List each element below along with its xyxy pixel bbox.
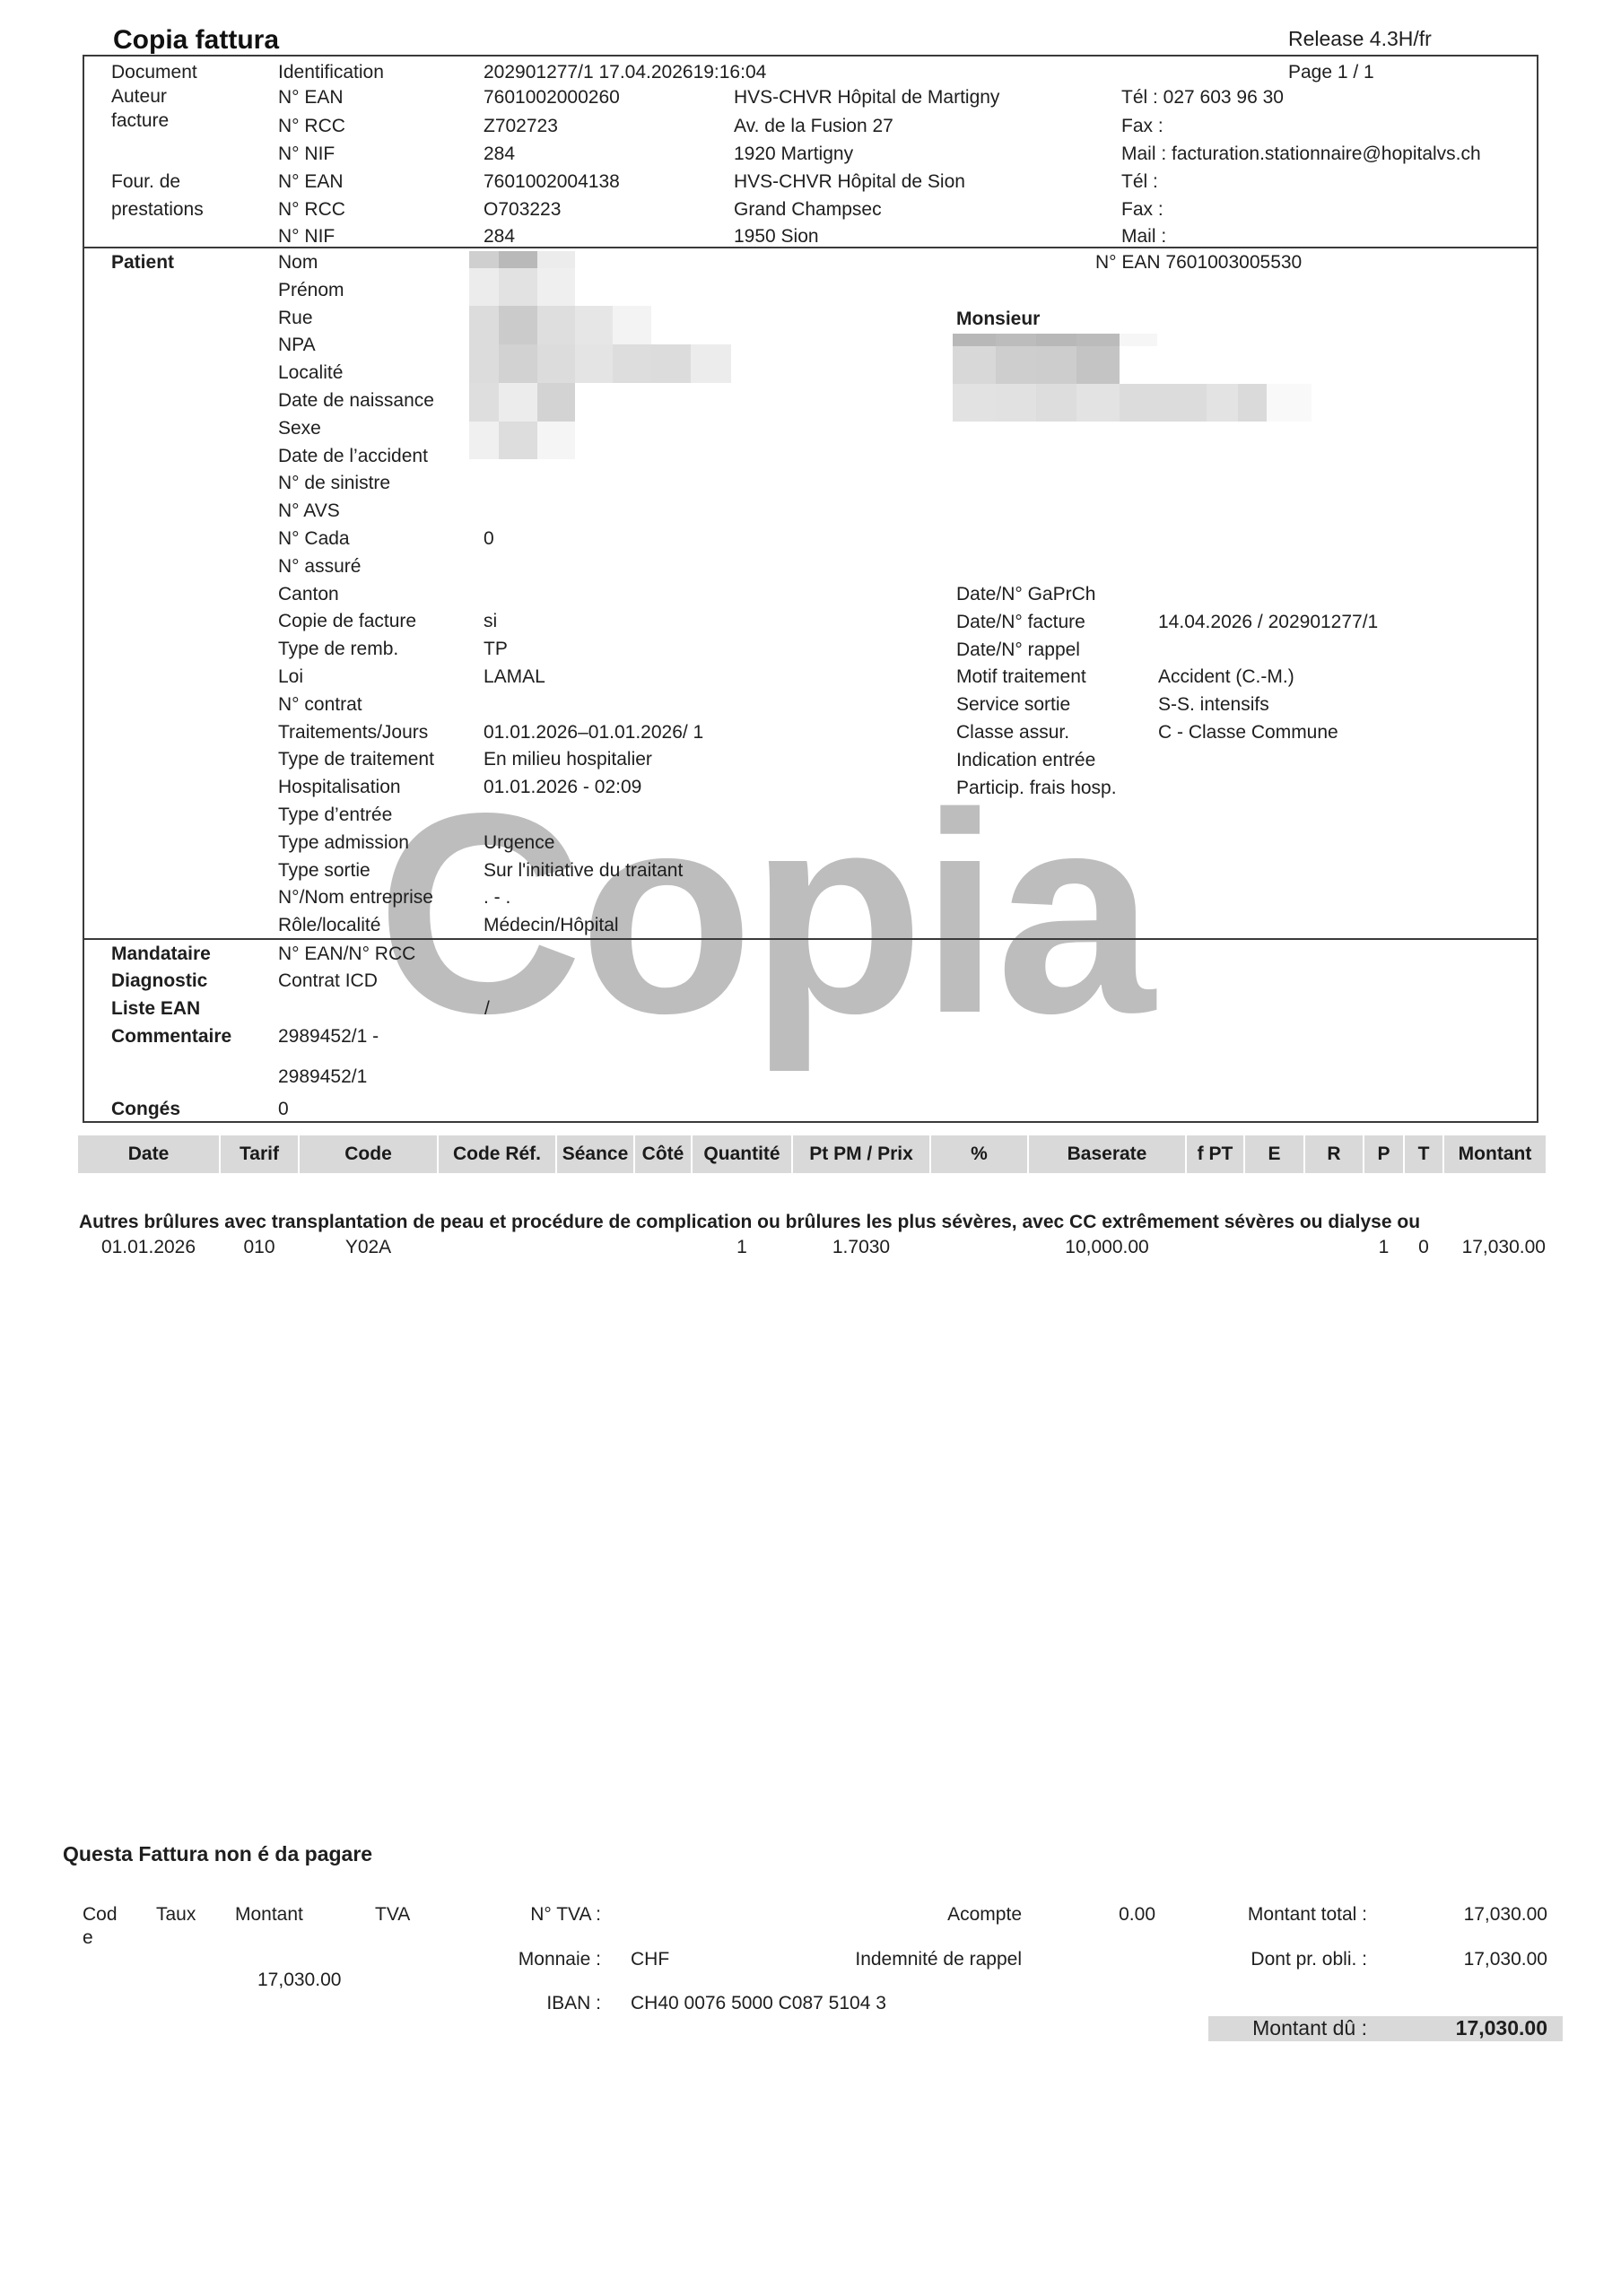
redaction-cell	[469, 268, 499, 306]
rappel-label: Indemnité de rappel	[855, 1950, 1022, 1969]
redaction-cell	[469, 251, 499, 268]
page-number: Page 1 / 1	[1288, 63, 1374, 82]
redaction-cell	[1076, 334, 1120, 346]
total-label: Montant total :	[1248, 1905, 1367, 1924]
redaction-cell	[1036, 384, 1076, 422]
redaction-cell	[537, 383, 575, 422]
iban-value: CH40 0076 5000 C087 5104 3	[631, 1994, 886, 2013]
patient-field-label: Type de traitement	[278, 750, 434, 769]
redaction-cell	[469, 344, 499, 383]
field-value: 7601002000260	[484, 88, 620, 107]
redaction-cell	[1207, 384, 1238, 422]
mandataire-key: Contrat ICD	[278, 971, 378, 990]
redaction-cell	[1238, 384, 1267, 422]
redaction-cell	[1036, 346, 1076, 384]
document-section-label: Document	[111, 63, 197, 82]
patient-right-label: Indication entrée	[956, 751, 1095, 770]
iban-label: IBAN :	[546, 1994, 601, 2013]
patient-field-value: TP	[484, 639, 508, 658]
redaction-cell	[953, 346, 996, 384]
column-header: R	[1305, 1135, 1363, 1173]
patient-right-label: Date/N° facture	[956, 613, 1085, 631]
contact-line: Fax :	[1121, 200, 1163, 219]
column-header: Pt PM / Prix	[793, 1135, 929, 1173]
vat-col-amount: Montant	[235, 1905, 303, 1924]
redaction-cell	[953, 334, 996, 346]
redaction-cell	[1157, 384, 1207, 422]
redaction-cell	[499, 251, 537, 268]
address-line: 1950 Sion	[734, 227, 819, 246]
identification-label: Identification	[278, 63, 384, 82]
patient-right-label: Motif traitement	[956, 667, 1086, 686]
redaction-cell	[1076, 384, 1120, 422]
redaction-cell	[537, 422, 575, 459]
patient-right-label: Particip. frais hosp.	[956, 778, 1117, 797]
patient-field-label: Type sortie	[278, 861, 370, 880]
page-title: Copia fattura	[113, 27, 279, 54]
column-header: Côté	[635, 1135, 691, 1173]
address-line: HVS-CHVR Hôpital de Sion	[734, 172, 965, 191]
redaction-cell	[1120, 384, 1157, 422]
vat-col-code: Cod	[83, 1905, 118, 1924]
column-header: f PT	[1187, 1135, 1243, 1173]
redaction-cell	[613, 306, 651, 344]
divider-patient-mandataire	[83, 938, 1538, 940]
total-value: 17,030.00	[1464, 1905, 1547, 1924]
redaction-cell	[953, 384, 996, 422]
tva-number-label: N° TVA :	[530, 1905, 601, 1924]
acompte-label: Acompte	[947, 1905, 1022, 1924]
redaction-cell	[996, 346, 1036, 384]
redaction-cell	[537, 251, 575, 268]
patient-field-value: 0	[484, 529, 494, 548]
cell-montant: 17,030.00	[1462, 1238, 1546, 1257]
mandataire-value: /	[484, 999, 490, 1018]
contact-line: Mail :	[1121, 227, 1166, 246]
field-label: N° EAN	[278, 172, 344, 191]
field-label: N° NIF	[278, 144, 335, 163]
auteur-label-1: Auteur	[111, 87, 167, 106]
not-payable-notice: Questa Fattura non é da pagare	[63, 1844, 372, 1865]
patient-section-label: Patient	[111, 253, 174, 272]
redaction-cell	[537, 306, 575, 344]
patient-right-value: 14.04.2026 / 202901277/1	[1158, 613, 1378, 631]
column-header: Quantité	[693, 1135, 791, 1173]
patient-field-label: Nom	[278, 253, 318, 272]
contact-line: Tél : 027 603 96 30	[1121, 88, 1284, 107]
divider-provider-patient	[83, 247, 1538, 248]
field-label: N° NIF	[278, 227, 335, 246]
redaction-cell	[469, 306, 499, 344]
cell-pt-prix: 1.7030	[793, 1238, 929, 1257]
mandataire-label: Liste EAN	[111, 999, 200, 1018]
patient-field-label: Date de naissance	[278, 391, 434, 410]
field-value: 284	[484, 227, 515, 246]
column-header: %	[931, 1135, 1027, 1173]
column-header: Baserate	[1029, 1135, 1185, 1173]
vat-amount-value: 17,030.00	[257, 1970, 341, 1989]
oblig-value: 17,030.00	[1464, 1950, 1547, 1969]
patient-right-value: C - Classe Commune	[1158, 723, 1338, 742]
conges-value: 0	[278, 1100, 289, 1118]
redaction-cell	[537, 344, 575, 383]
redaction-cell	[499, 306, 537, 344]
patient-field-label: Copie de facture	[278, 612, 416, 631]
column-header: Tarif	[221, 1135, 298, 1173]
column-header: Code Réf.	[439, 1135, 555, 1173]
redaction-cell	[691, 344, 731, 383]
column-header: Séance	[557, 1135, 633, 1173]
contact-line: Fax :	[1121, 117, 1163, 135]
mandataire-label: Diagnostic	[111, 971, 207, 990]
redaction-cell	[575, 344, 613, 383]
mandataire-label: Commentaire	[111, 1027, 231, 1046]
column-header: P	[1364, 1135, 1403, 1173]
patient-field-label: N° Cada	[278, 529, 350, 548]
field-value: O703223	[484, 200, 561, 219]
comment-line-2: 2989452/1	[278, 1067, 367, 1086]
conges-label: Congés	[111, 1100, 180, 1118]
patient-field-label: Rôle/localité	[278, 916, 380, 935]
patient-field-value: . - .	[484, 888, 510, 907]
fournisseur-label-2: prestations	[111, 200, 204, 219]
cell-baserate: 10,000.00	[1029, 1238, 1185, 1257]
vat-col-code-wrap: e	[83, 1928, 93, 1947]
address-line: Grand Champsec	[734, 200, 882, 219]
redaction-cell	[469, 422, 499, 459]
field-value: 7601002004138	[484, 172, 620, 191]
patient-field-label: N° de sinistre	[278, 474, 390, 492]
column-header: Montant	[1444, 1135, 1546, 1173]
patient-salutation: Monsieur	[956, 309, 1040, 328]
contact-line: Mail : facturation.stationnaire@hopitalv…	[1121, 144, 1481, 163]
patient-right-label: Classe assur.	[956, 723, 1069, 742]
patient-right-value: Accident (C.-M.)	[1158, 667, 1294, 686]
currency-value: CHF	[631, 1950, 669, 1969]
patient-right-label: Date/N° rappel	[956, 640, 1080, 659]
patient-field-value: si	[484, 612, 497, 631]
auteur-label-2: facture	[111, 111, 169, 130]
column-header: Code	[300, 1135, 437, 1173]
redaction-cell	[996, 384, 1036, 422]
redaction-cell	[1036, 334, 1076, 346]
patient-field-label: Type d’entrée	[278, 805, 392, 824]
patient-field-label: Hospitalisation	[278, 778, 401, 796]
mandataire-label: Mandataire	[111, 944, 211, 963]
redaction-cell	[499, 422, 537, 459]
redaction-cell	[1076, 346, 1120, 384]
fournisseur-label-1: Four. de	[111, 172, 180, 191]
column-header: T	[1405, 1135, 1442, 1173]
patient-field-label: Date de l’accident	[278, 447, 428, 465]
column-header: E	[1245, 1135, 1303, 1173]
oblig-label: Dont pr. obli. :	[1251, 1950, 1367, 1969]
release-label: Release 4.3H/fr	[1288, 29, 1432, 49]
patient-field-label: Prénom	[278, 281, 344, 300]
redaction-cell	[499, 344, 537, 383]
redaction-cell	[651, 344, 691, 383]
patient-field-label: N°/Nom entreprise	[278, 888, 433, 907]
patient-field-value: LAMAL	[484, 667, 545, 686]
redaction-cell	[996, 334, 1036, 346]
patient-field-label: N° assuré	[278, 557, 361, 576]
field-label: N° RCC	[278, 117, 345, 135]
identification-value: 202901277/1 17.04.202619:16:04	[484, 63, 766, 82]
field-value: Z702723	[484, 117, 558, 135]
redaction-cell	[499, 268, 537, 306]
redaction-cell	[469, 383, 499, 422]
address-line: 1920 Martigny	[734, 144, 853, 163]
redaction-cell	[537, 268, 575, 306]
cell-date: 01.01.2026	[78, 1238, 219, 1257]
patient-field-label: Localité	[278, 363, 343, 382]
field-label: N° RCC	[278, 200, 345, 219]
amount-due-value: 17,030.00	[1456, 2018, 1547, 2039]
patient-field-label: N° AVS	[278, 501, 340, 520]
patient-field-value: 01.01.2026–01.01.2026/ 1	[484, 723, 703, 742]
field-label: N° EAN	[278, 88, 344, 107]
patient-field-label: Canton	[278, 585, 339, 604]
mandataire-key: N° EAN/N° RCC	[278, 944, 415, 963]
patient-field-label: Traitements/Jours	[278, 723, 428, 742]
service-description: Autres brûlures avec transplantation de …	[79, 1213, 1420, 1231]
column-header: Date	[78, 1135, 219, 1173]
patient-field-value: Urgence	[484, 833, 554, 852]
redaction-cell	[1267, 384, 1312, 422]
patient-right-label: Date/N° GaPrCh	[956, 585, 1095, 604]
patient-field-value: Sur l'initiative du traitant	[484, 861, 683, 880]
patient-field-value: 01.01.2026 - 02:09	[484, 778, 641, 796]
vat-col-tva: TVA	[375, 1905, 410, 1924]
redaction-cell	[613, 344, 651, 383]
patient-field-label: Sexe	[278, 419, 321, 438]
contact-line: Tél :	[1121, 172, 1158, 191]
redaction-cell	[1120, 334, 1157, 346]
mandataire-key: 2989452/1 -	[278, 1027, 379, 1046]
vat-col-rate: Taux	[156, 1905, 196, 1924]
amount-due-label: Montant dû :	[1252, 2018, 1367, 2039]
patient-field-value: En milieu hospitalier	[484, 750, 652, 769]
patient-field-label: Loi	[278, 667, 303, 686]
redaction-cell	[575, 306, 613, 344]
cell-tarif: 010	[221, 1238, 298, 1257]
cell-code: Y02A	[300, 1238, 437, 1257]
patient-field-value: Médecin/Hôpital	[484, 916, 619, 935]
field-value: 284	[484, 144, 515, 163]
cell-p: 1	[1364, 1238, 1403, 1257]
address-line: Av. de la Fusion 27	[734, 117, 893, 135]
patient-field-label: Type de remb.	[278, 639, 398, 658]
patient-field-label: Rue	[278, 309, 313, 327]
patient-right-label: Service sortie	[956, 695, 1070, 714]
address-line: HVS-CHVR Hôpital de Martigny	[734, 88, 999, 107]
patient-field-label: NPA	[278, 335, 316, 354]
patient-field-label: N° contrat	[278, 695, 362, 714]
patient-ean: N° EAN 7601003005530	[1095, 253, 1302, 272]
patient-field-label: Type admission	[278, 833, 409, 852]
cell-quantite: 1	[693, 1238, 791, 1257]
cell-t: 0	[1405, 1238, 1442, 1257]
patient-right-value: S-S. intensifs	[1158, 695, 1269, 714]
acompte-value: 0.00	[1119, 1905, 1155, 1924]
redaction-cell	[499, 383, 537, 422]
currency-label: Monnaie :	[519, 1950, 601, 1969]
